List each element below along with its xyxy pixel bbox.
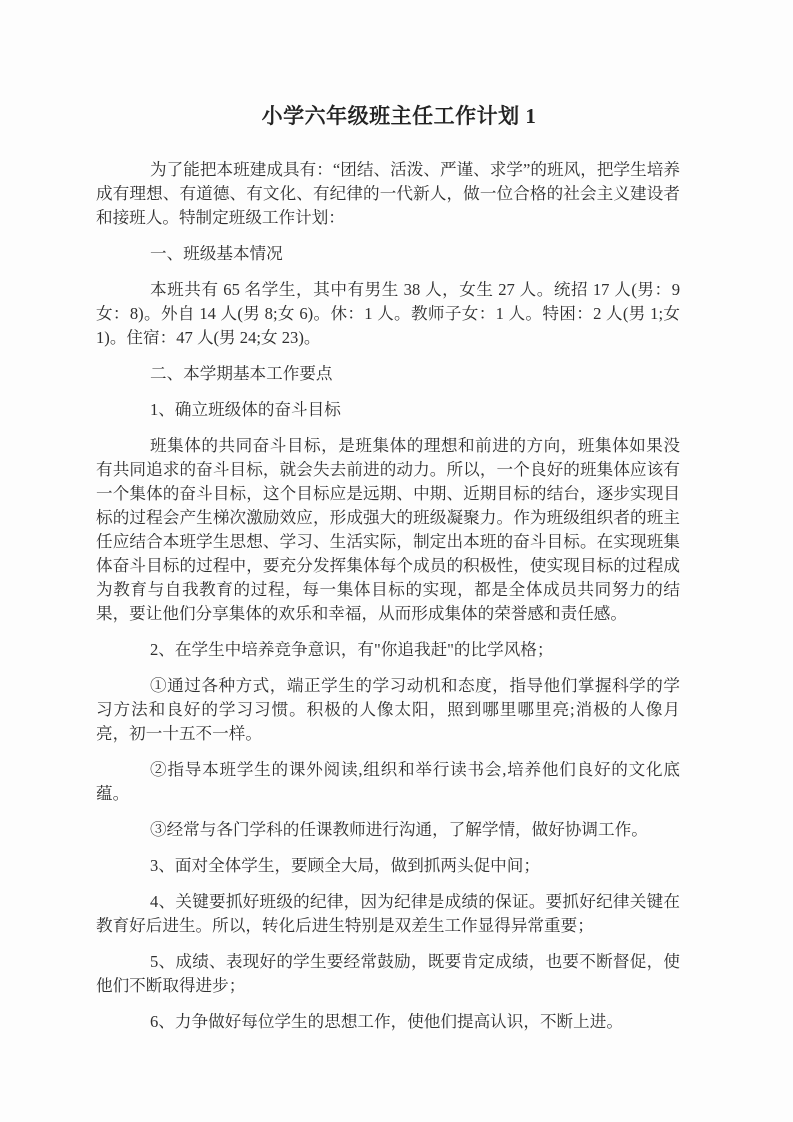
point-1-body: 班集体的共同奋斗目标，是班集体的理想和前进的方向，班集体如果没有共同追求的奋斗目… xyxy=(96,434,680,626)
point-4-paragraph: 4、关键要抓好班级的纪律，因为纪律是成绩的保证。要抓好纪律关键在教育好后进生。所… xyxy=(96,890,680,938)
point-6-paragraph: 6、力争做好每位学生的思想工作，使他们提高认识，不断上进。 xyxy=(96,1010,680,1034)
document-body: 小学六年级班主任工作计划 1 为了能把本班建成具有：“团结、活泼、严谨、求学”的… xyxy=(96,103,680,1034)
class-overview-paragraph: 本班共有 65 名学生，其中有男生 38 人，女生 27 人。统招 17 人(男… xyxy=(96,278,680,350)
point-5-paragraph: 5、成绩、表现好的学生要经常鼓励，既要肯定成绩，也要不断督促，使他们不断取得进步… xyxy=(96,950,680,998)
section-2-heading: 二、本学期基本工作要点 xyxy=(96,362,680,386)
section-1-heading: 一、班级基本情况 xyxy=(96,242,680,266)
point-2-sub-3: ③经常与各门学科的任课教师进行沟通，了解学情，做好协调工作。 xyxy=(96,818,680,842)
point-2-sub-1: ①通过各种方式，端正学生的学习动机和态度，指导他们掌握科学的学习方法和良好的学习… xyxy=(96,674,680,746)
document-title: 小学六年级班主任工作计划 1 xyxy=(96,103,680,129)
point-1-heading: 1、确立班级体的奋斗目标 xyxy=(96,398,680,422)
document-page: 小学六年级班主任工作计划 1 为了能把本班建成具有：“团结、活泼、严谨、求学”的… xyxy=(0,0,793,1122)
point-3-paragraph: 3、面对全体学生，要顾全大局，做到抓两头促中间； xyxy=(96,854,680,878)
point-2-heading: 2、在学生中培养竞争意识，有"你追我赶"的比学风格； xyxy=(96,638,680,662)
intro-paragraph: 为了能把本班建成具有：“团结、活泼、严谨、求学”的班风，把学生培养成有理想、有道… xyxy=(96,158,680,230)
point-2-sub-2: ②指导本班学生的课外阅读,组织和举行读书会,培养他们良好的文化底蕴。 xyxy=(96,758,680,806)
